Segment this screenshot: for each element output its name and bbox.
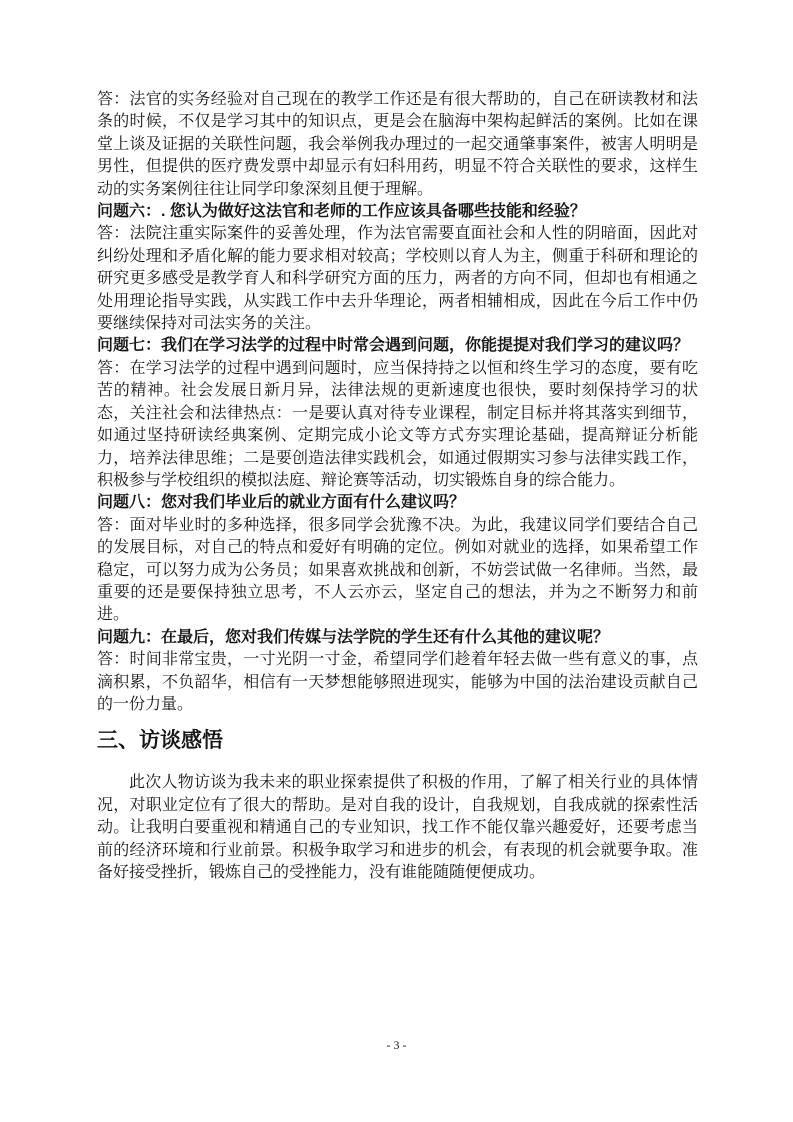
question-heading-6: 问题六：. 您认为做好这法官和老师的工作应该具备哪些技能和经验？ [97,201,698,223]
answer-paragraph-q7: 答：在学习法学的过程中遇到问题时，应当保持持之以恒和终生学习的态度，要有吃苦的精… [97,358,698,492]
answer-paragraph-q6: 答：法院注重实际案件的妥善处理，作为法官需要直面社会和人性的阴暗面，因此对纠纷处… [97,223,698,335]
question-heading-7: 问题七：我们在学习法学的过程中时常会遇到问题，你能提提对我们学习的建议吗？ [97,335,698,357]
page-number: - 3 - [0,1038,793,1053]
reflection-paragraph: 此次人物访谈为我未来的职业探索提供了积极的作用，了解了相关行业的具体情况，对职业… [97,772,698,884]
document-body: 答：法官的实务经验对自己现在的教学工作还是有很大帮助的，自己在研读教材和法条的时… [97,89,698,884]
section-heading-reflection: 三、访谈感悟 [97,728,698,754]
answer-paragraph-q5: 答：法官的实务经验对自己现在的教学工作还是有很大帮助的，自己在研读教材和法条的时… [97,89,698,201]
answer-paragraph-q8: 答：面对毕业时的多种选择，很多同学会犹豫不决。为此，我建议同学们要结合自己的发展… [97,515,698,627]
question-heading-8: 问题八：您对我们毕业后的就业方面有什么建议吗？ [97,492,698,514]
question-heading-9: 问题九：在最后，您对我们传媒与法学院的学生还有什么其他的建议呢？ [97,627,698,649]
answer-paragraph-q9: 答：时间非常宝贵，一寸光阴一寸金，希望同学们趁着年轻去做一些有意义的事，点滴积累… [97,649,698,716]
document-page: 答：法官的实务经验对自己现在的教学工作还是有很大帮助的，自己在研读教材和法条的时… [0,0,793,1122]
